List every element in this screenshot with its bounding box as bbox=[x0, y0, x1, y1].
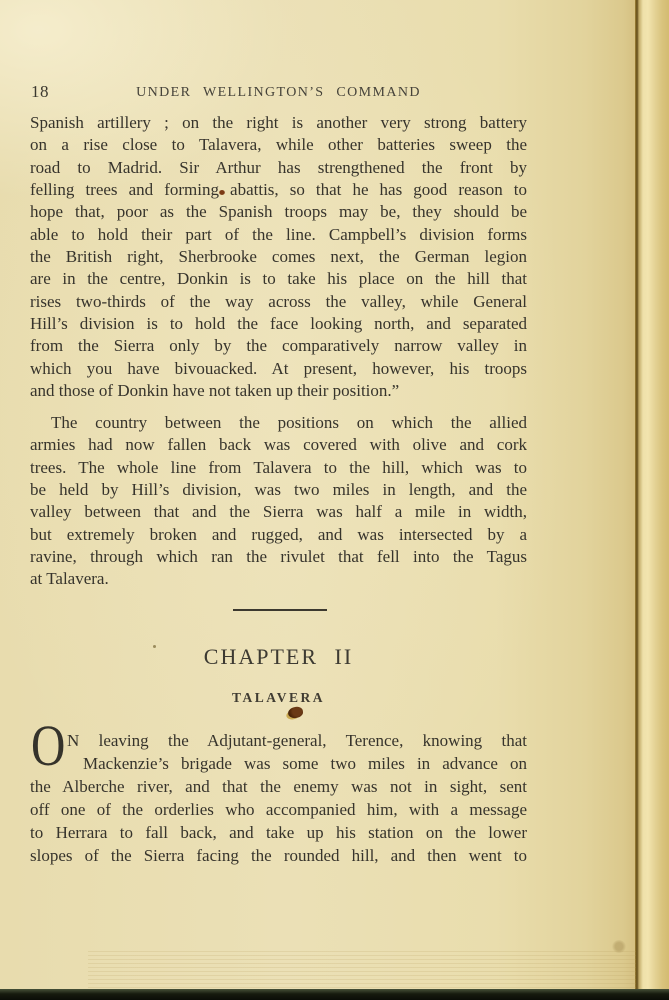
text-line: are in the centre, Donkin is to take his… bbox=[30, 268, 527, 290]
paragraph-1: Spanish artillery ; on the right is anot… bbox=[30, 112, 527, 402]
text-line: able to hold their part of the line. Cam… bbox=[30, 224, 527, 246]
text-line: the Alberche river, and that the enemy w… bbox=[30, 775, 527, 798]
text-line: at Talavera. bbox=[30, 568, 527, 590]
paper-smudge bbox=[612, 940, 626, 953]
chapter-heading: CHAPTER II bbox=[30, 644, 527, 670]
text-line: off one of the orderlies who accompanied… bbox=[30, 798, 527, 821]
text-line: Hill’s division is to hold the face look… bbox=[30, 313, 527, 335]
text-line: and those of Donkin have not taken up th… bbox=[30, 380, 527, 402]
book-page-scan: 18 UNDER WELLINGTON’S COMMAND Spanish ar… bbox=[0, 0, 669, 1000]
text-line: from the Sierra only by the comparativel… bbox=[30, 335, 527, 357]
page-fold-edge bbox=[635, 0, 669, 1000]
text-line: rises two-thirds of the way across the v… bbox=[30, 291, 527, 313]
text-line: which you have bivouacked. At present, h… bbox=[30, 358, 527, 380]
text-line: ravine, through which ran the rivulet th… bbox=[30, 546, 527, 568]
text-line: trees. The whole line from Talavera to t… bbox=[30, 457, 527, 479]
paper-speck bbox=[153, 645, 156, 648]
paragraph-3: N leaving the Adjutant-general, Terence,… bbox=[30, 729, 527, 868]
book-bottom-edge bbox=[0, 989, 669, 1000]
text-line: The country between the positions on whi… bbox=[30, 412, 527, 434]
text-line: on a rise close to Talavera, while other… bbox=[30, 134, 527, 156]
text-line: valley between that and the Sierra was h… bbox=[30, 501, 527, 523]
text-line: road to Madrid. Sir Arthur has strengthe… bbox=[30, 157, 527, 179]
ink-speck bbox=[219, 190, 225, 195]
text-line: but extremely broken and rugged, and was… bbox=[30, 524, 527, 546]
section-divider-rule bbox=[233, 609, 327, 611]
text-line: to Herrara to fall back, and take up his… bbox=[30, 821, 527, 844]
text-line: be held by Hill’s division, was two mile… bbox=[30, 479, 527, 501]
text-line: N leaving the Adjutant-general, Terence,… bbox=[30, 729, 527, 752]
text-line: Mackenzie’s brigade was some two miles i… bbox=[30, 752, 527, 775]
text-line: hope that, poor as the Spanish troops ma… bbox=[30, 201, 527, 223]
text-line: Spanish artillery ; on the right is anot… bbox=[30, 112, 527, 134]
text-line: felling trees and forming abattis, so th… bbox=[30, 179, 527, 201]
text-line: slopes of the Sierra facing the rounded … bbox=[30, 844, 527, 867]
text-line: the British right, Sherbrooke comes next… bbox=[30, 246, 527, 268]
chapter-subtitle: TALAVERA bbox=[30, 690, 527, 706]
running-header: UNDER WELLINGTON’S COMMAND bbox=[30, 85, 527, 101]
page-edge-striations bbox=[88, 948, 636, 989]
text-line: armies had now fallen back was covered w… bbox=[30, 434, 527, 456]
paragraph-2: The country between the positions on whi… bbox=[30, 412, 527, 591]
